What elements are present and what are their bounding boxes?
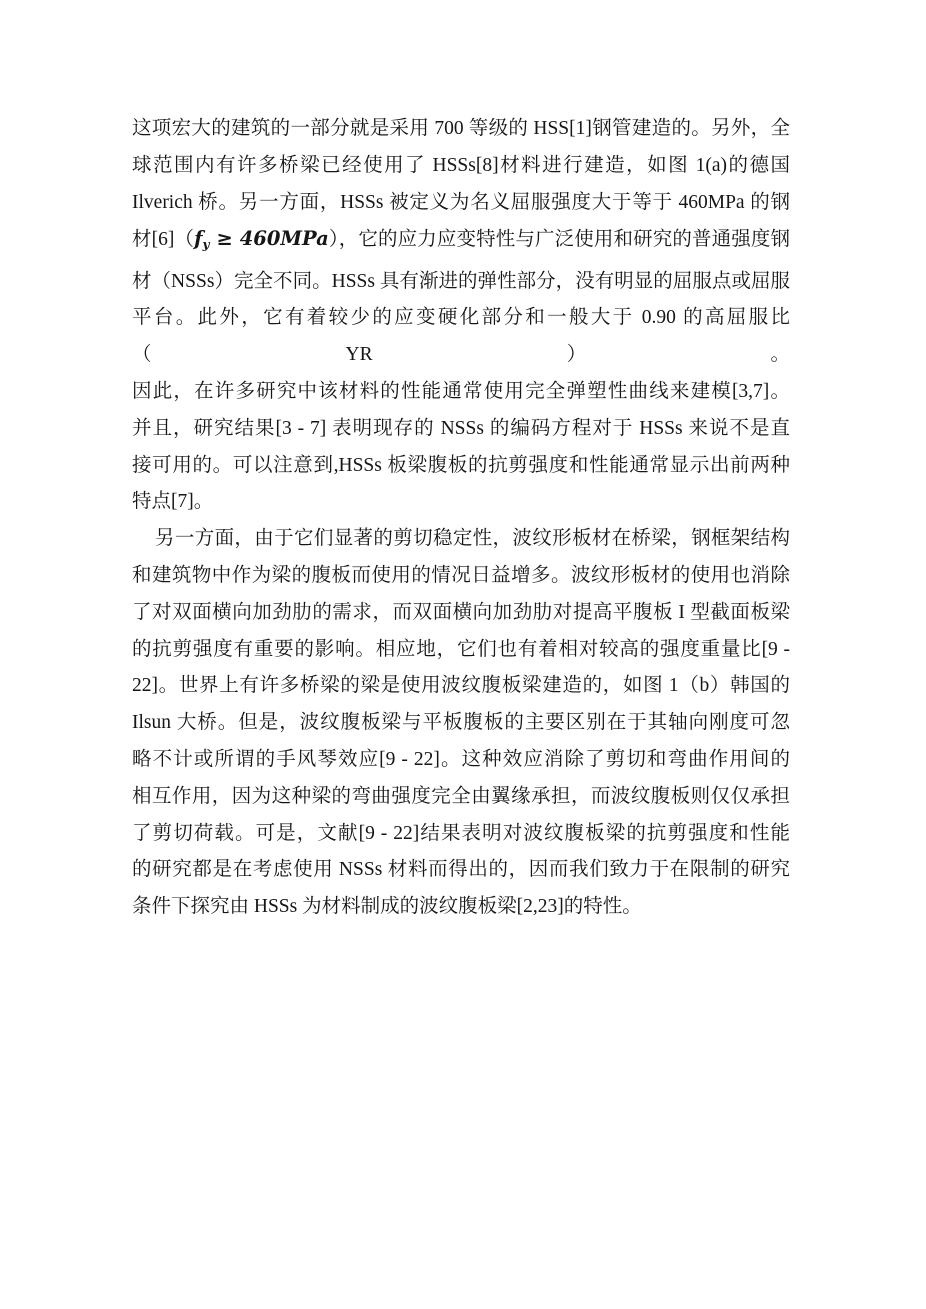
text-line: Ilsun 大桥。但是，波纹腹板梁与平板腹板的主要区别在于其轴向刚度可忽	[132, 705, 790, 742]
text-line: 了对双面横向加劲肋的需求，而双面横向加劲肋对提高平腹板 I 型截面板梁	[132, 595, 790, 632]
text-line: 因此，在许多研究中该材料的性能通常使用完全弹塑性曲线来建模[3,7]。	[132, 374, 790, 411]
text-line: 另一方面，由于它们显著的剪切稳定性，波纹形板材在桥梁，钢框架结构	[132, 521, 790, 558]
text-line: 的抗剪强度有重要的影响。相应地，它们也有着相对较高的强度重量比[9 -	[132, 632, 790, 669]
text-line: 接可用的。可以注意到,HSSs 板梁腹板的抗剪强度和性能通常显示出前两种	[132, 448, 790, 485]
text-line: 这项宏大的建筑的一部分就是采用 700 等级的 HSS[1]钢管建造的。另外，全	[132, 111, 790, 148]
document-page: 这项宏大的建筑的一部分就是采用 700 等级的 HSS[1]钢管建造的。另外，全…	[0, 0, 926, 1309]
text-line: 了剪切荷载。可是，文献[9 - 22]结果表明对波纹腹板梁的抗剪强度和性能	[132, 816, 790, 853]
text-line: 平台。此外，它有着较少的应变硬化部分和一般大于 0.90 的高屈服比（YR）。	[132, 300, 790, 374]
text-line: 22]。世界上有许多桥梁的梁是使用波纹腹板梁建造的，如图 1（b）韩国的	[132, 668, 790, 705]
text-line: 相互作用，因为这种梁的弯曲强度完全由翼缘承担，而波纹腹板则仅仅承担	[132, 779, 790, 816]
text-line: 材（NSSs）完全不同。HSSs 具有渐进的弹性部分，没有明显的屈服点或屈服	[132, 264, 790, 301]
math-fy-symbol: fy ≥ 460MPa	[194, 227, 329, 250]
text-line-formula: 材[6]（fy ≥ 460MPa），它的应力应变特性与广泛使用和研究的普通强度钢	[132, 221, 790, 263]
formula-suffix: ），它的应力应变特性与广泛使用和研究的普通强度钢	[329, 229, 790, 250]
text-line: 并且，研究结果[3 - 7] 表明现存的 NSSs 的编码方程对于 HSSs 来…	[132, 411, 790, 448]
text-line: 的研究都是在考虑使用 NSSs 材料而得出的，因而我们致力于在限制的研究	[132, 852, 790, 889]
text-line: 球范围内有许多桥梁已经使用了 HSSs[8]材料进行建造，如图 1(a)的德国	[132, 148, 790, 185]
document-text-block: 这项宏大的建筑的一部分就是采用 700 等级的 HSS[1]钢管建造的。另外，全…	[132, 111, 790, 926]
formula-prefix: 材[6]（	[132, 229, 194, 250]
text-line: 特点[7]。	[132, 484, 790, 521]
text-line: 条件下探究由 HSSs 为材料制成的波纹腹板梁[2,23]的特性。	[132, 889, 790, 926]
text-line: 略不计或所谓的手风琴效应[9 - 22]。这种效应消除了剪切和弯曲作用间的	[132, 742, 790, 779]
math-inequality: ≥ 460MPa	[210, 227, 329, 250]
paragraph-2: 另一方面，由于它们显著的剪切稳定性，波纹形板材在桥梁，钢框架结构 和建筑物中作为…	[132, 521, 790, 926]
text-line: Ilverich 桥。另一方面，HSSs 被定义为名义屈服强度大于等于 460M…	[132, 185, 790, 222]
math-subscript: y	[203, 238, 210, 252]
text-line: 和建筑物中作为梁的腹板而使用的情况日益增多。波纹形板材的使用也消除	[132, 558, 790, 595]
paragraph-1: 这项宏大的建筑的一部分就是采用 700 等级的 HSS[1]钢管建造的。另外，全…	[132, 111, 790, 521]
